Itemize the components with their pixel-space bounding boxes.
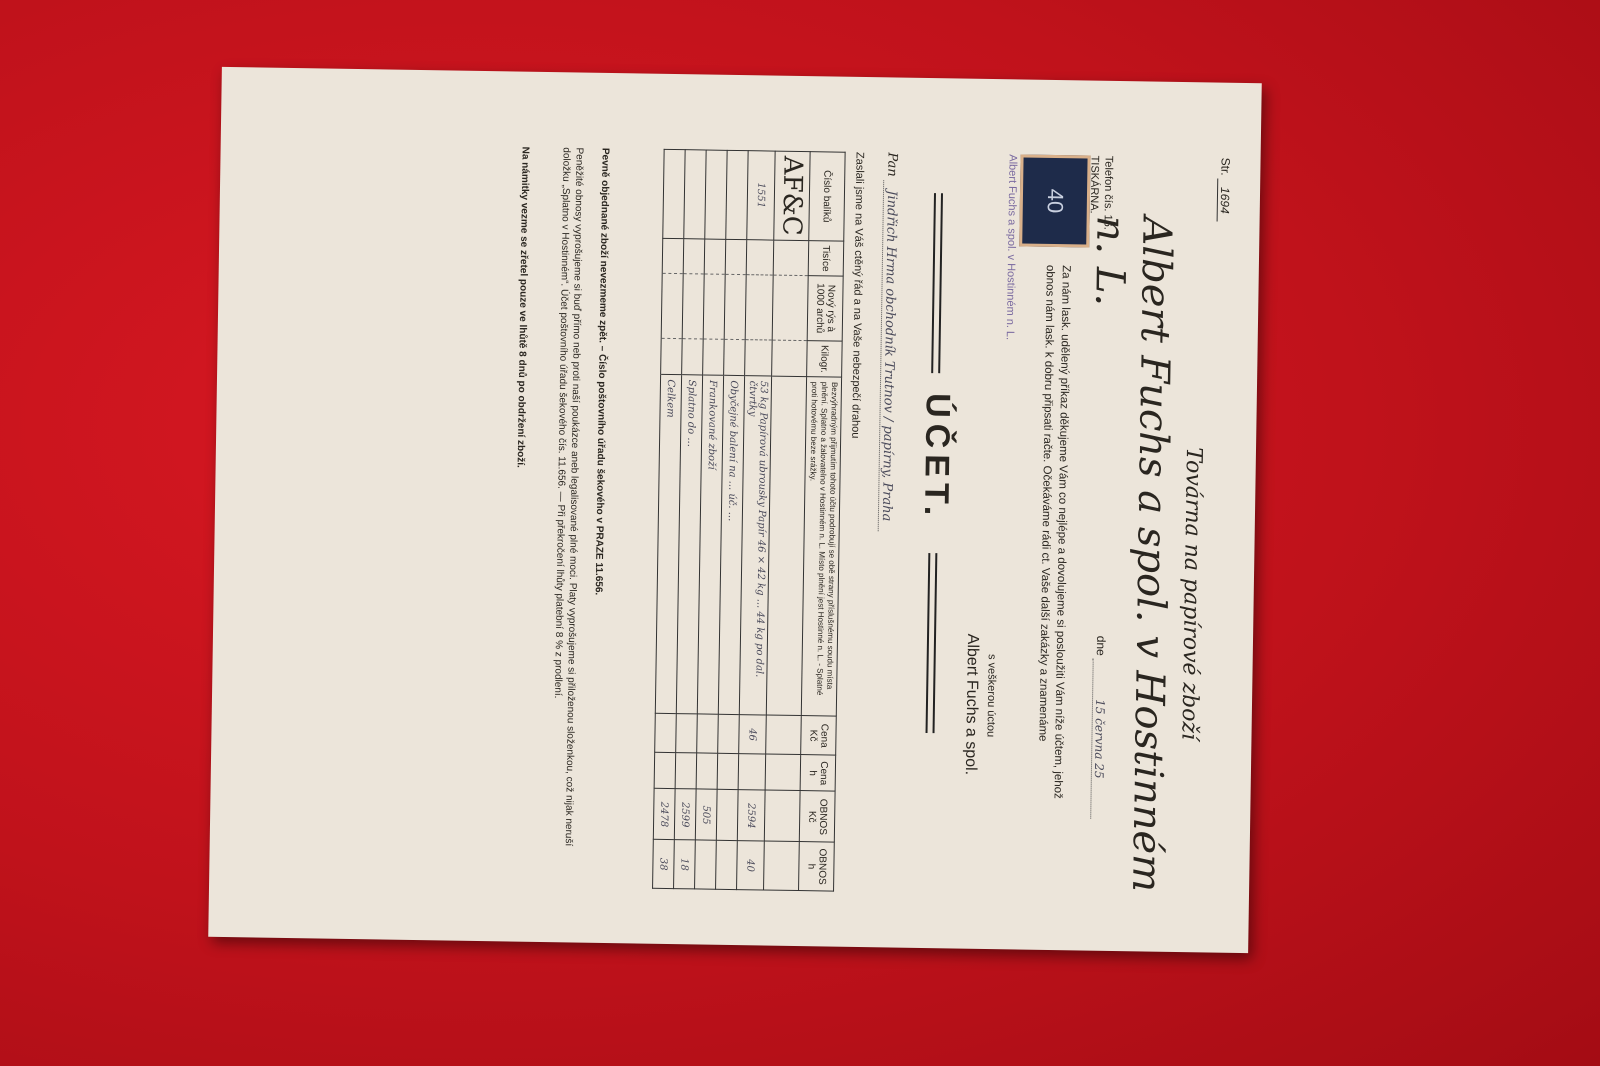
cell-empty [683, 239, 705, 275]
legal-note: Bezvýhradným přijmutím tohoto účtu podro… [801, 377, 841, 716]
closing: s veškerou úctou [984, 654, 997, 737]
cell-empty [663, 149, 685, 238]
cell-empty [696, 753, 718, 790]
signature: Albert Fuchs a spol. [961, 634, 981, 776]
cell-empty [684, 150, 706, 239]
header-price-kc: Cena Kč [801, 716, 837, 755]
cell-price-h [738, 754, 766, 791]
header-amount-kc: OBNOS Kč [799, 791, 835, 843]
cell-empty [725, 239, 747, 275]
intro-paragraph: Za nám lask. udělený příkaz děkujeme Vám… [1033, 265, 1074, 825]
header-kg: Kilogr. [807, 340, 843, 377]
cell-empty [766, 377, 806, 716]
page-number: Str. 1694 [1218, 158, 1233, 222]
recipient-line: Pan Jindřich Hrma obchodník Trutnov / pa… [873, 152, 900, 872]
cell-empty [718, 715, 740, 754]
cell-empty [724, 274, 746, 339]
shipping-note: Zaslali jsme na Váš ctěný řád a na Vaše … [849, 152, 865, 439]
cell-empty [764, 841, 800, 890]
cell-empty [726, 150, 748, 239]
bottom-note: Pevně objednané zboží nevezmeme zpět. – … [588, 148, 611, 888]
monogram-logo-icon: AF&C [774, 151, 810, 240]
invoice-paper: Str. 1694 Továrna na papírové zboží Albe… [208, 67, 1262, 953]
date-value: 15 června 25 [1090, 659, 1108, 819]
cell-empty [772, 275, 808, 340]
cell-empty [661, 338, 683, 375]
factory-line: Továrna na papírové zboží [1176, 447, 1206, 740]
cell-empty [697, 714, 719, 753]
title-rule-left [931, 193, 943, 373]
cell-empty [675, 753, 697, 790]
cell-empty [773, 240, 809, 276]
title-rule-right [926, 553, 938, 733]
stamp-value: 40 [1042, 189, 1068, 214]
cell-empty [772, 340, 808, 377]
date-label: dne [1094, 636, 1108, 656]
cell-empty [662, 238, 684, 274]
cell-empty [703, 339, 725, 376]
cell-empty [765, 754, 801, 791]
cell-amount-h: 40 [737, 841, 765, 890]
cell-empty [745, 339, 773, 376]
cell-empty [682, 338, 704, 375]
cell-empty [695, 840, 717, 889]
cell-empty [682, 274, 704, 339]
cell-price-kc: 46 [739, 715, 767, 754]
header-package: Číslo balíků [809, 152, 845, 241]
purple-stamp: Albert Fuchs a spol. v Hostinném n. L. [1004, 154, 1019, 340]
cell-amount-kc: 2594 [737, 790, 765, 841]
cell-amount-h: 38 [653, 840, 675, 889]
invoice-sheet: Str. 1694 Továrna na papírové zboží Albe… [219, 102, 1251, 918]
cell-empty [764, 790, 800, 842]
cell-empty [704, 239, 726, 275]
cell-empty [655, 714, 677, 753]
cell-empty [717, 753, 739, 790]
cell-amount-kc: 2599 [674, 789, 696, 840]
page-label: Str. [1218, 158, 1232, 176]
cell-amount-kc: 505 [695, 789, 717, 840]
header-new-ream: Nový rýs à 1000 archů [807, 276, 843, 341]
recipient-value: Jindřich Hrma obchodník Trutnov / papírn… [878, 180, 900, 531]
cell-empty [703, 274, 725, 339]
cell-empty [705, 150, 727, 239]
cell-empty [661, 273, 683, 338]
cell-empty [716, 841, 738, 890]
invoice-table: Číslo balíků Tisíce Nový rýs à 1000 arch… [652, 149, 846, 892]
cell-amount-h: 18 [674, 840, 696, 889]
phone-block: Telefon čís. 16. TISKÁRNA. [1086, 155, 1115, 229]
cell-package: 1551 [747, 151, 775, 240]
payment-note: Peněžité obnosy vyprošujeme si buď přímo… [548, 147, 585, 867]
recipient-prefix: Pan [884, 152, 899, 177]
cell-empty [766, 715, 802, 754]
cell-empty [716, 790, 738, 841]
header-thousands: Tisíce [808, 240, 844, 276]
cell-empty [676, 714, 698, 753]
cell-empty [746, 240, 774, 276]
cell-amount-kc: 2478 [653, 789, 675, 840]
page-number-value: 1694 [1217, 179, 1233, 222]
date-field: dne 15 června 25 [1091, 636, 1108, 819]
phone-label: Telefon čís. 16. [1100, 156, 1115, 230]
header-price-h: Cena h [800, 755, 836, 792]
cell-empty [654, 752, 676, 789]
top-note: Na námitky vezme se zřetel pouze ve lhůt… [515, 147, 531, 468]
revenue-stamp-icon: 40 [1019, 154, 1090, 247]
cell-empty [724, 339, 746, 376]
cell-description: 53 kg Papírová ubrousky Papír 46 × 42 kg… [739, 376, 771, 715]
cell-empty [745, 275, 773, 340]
invoice-title: ÚČET. [916, 393, 957, 522]
header-amount-h: OBNOS h [799, 842, 835, 891]
